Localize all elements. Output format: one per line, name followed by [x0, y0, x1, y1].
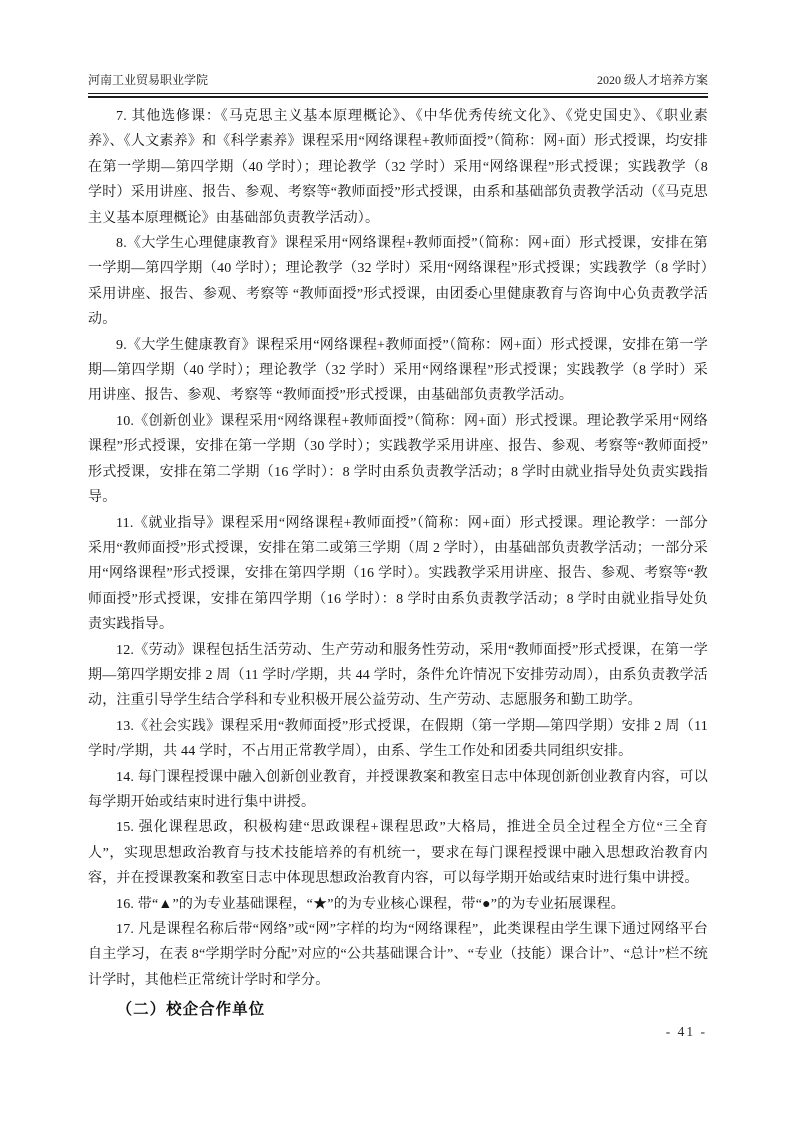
paragraph-10: 10.《创新创业》课程采用“网络课程+教师面授”（简称：网+面）形式授课。理论教… — [88, 409, 708, 511]
paragraph-16: 16. 带“▲”的为专业基础课程，“★”的为专业核心课程，带“●”的为专业拓展课… — [88, 892, 708, 917]
paragraph-9: 9.《大学生健康教育》课程采用“网络课程+教师面授”（简称：网+面）形式授课，安… — [88, 333, 708, 409]
paragraph-15: 15. 强化课程思政，积极构建“思政课程+课程思政”大格局，推进全员全过程全方位… — [88, 815, 708, 891]
paragraph-13: 13.《社会实践》课程采用“教师面授”形式授课，在假期（第一学期—第四学期）安排… — [88, 714, 708, 765]
header-document-title: 2020 级人才培养方案 — [597, 72, 708, 88]
paragraph-11: 11.《就业指导》课程采用“网络课程+教师面授”（简称：网+面）形式授课。理论教… — [88, 511, 708, 638]
paragraph-17: 17. 凡是课程名称后带“网络”或“网”字样的均为“网络课程”，此类课程由学生课… — [88, 917, 708, 993]
paragraph-14: 14. 每门课程授课中融入创新创业教育，并授课教案和教室日志中体现创新创业教育内… — [88, 765, 708, 816]
paragraph-7: 7. 其他选修课：《马克思主义基本原理概论》、《中华优秀传统文化》、《党史国史》… — [88, 104, 708, 231]
header-rule — [88, 93, 708, 98]
document-body: 7. 其他选修课：《马克思主义基本原理概论》、《中华优秀传统文化》、《党史国史》… — [88, 104, 708, 1022]
document-page: 河南工业贸易职业学院 2020 级人才培养方案 7. 其他选修课：《马克思主义基… — [0, 0, 793, 1122]
paragraph-8: 8.《大学生心理健康教育》课程采用“网络课程+教师面授”（简称：网+面）形式授课… — [88, 231, 708, 333]
section-heading-school-enterprise: （二）校企合作单位 — [88, 998, 708, 1022]
page-number: - 41 - — [666, 1023, 707, 1041]
paragraph-12: 12.《劳动》课程包括生活劳动、生产劳动和服务性劳动，采用“教师面授”形式授课，… — [88, 638, 708, 714]
page-header: 河南工业贸易职业学院 2020 级人才培养方案 — [88, 72, 708, 98]
header-school-name: 河南工业贸易职业学院 — [88, 72, 208, 88]
